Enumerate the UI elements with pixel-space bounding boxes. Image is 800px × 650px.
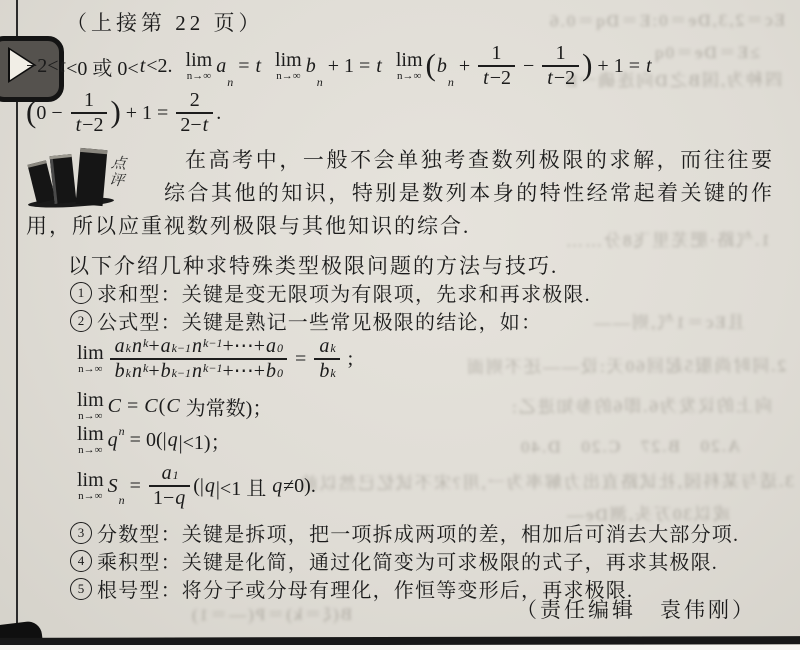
scan-edge-white	[0, 645, 800, 650]
ghost-bleedthrough-line: 3.适与某科园,社试路直出力解率为一,用?宋不试忆已然以前	[299, 467, 794, 495]
circled-number: 5	[70, 578, 92, 600]
scanned-textbook-page: Ec＝2,3,De＝0:E＝Dq＝0.6 ≥E＝De＝0q 四种为,国B之D向连…	[0, 0, 800, 650]
ghost-bleedthrough-line: 且Ec＝1气,则——	[592, 308, 745, 334]
commentary-paragraph: 点评 在高考中，一般不会单独考查数列极限的求解，而往往要综合其他的知识，特别是数…	[26, 144, 774, 243]
list-item-fraction-type: 3 分数型：关键是拆项，把一项拆成两项的差，相加后可消去大部分项.	[70, 518, 739, 547]
list-item-sum-type: 1 求和型：关键是变无限项为有限项，先求和再求极限.	[70, 278, 591, 307]
item-text: 乘积型：关键是化简，通过化简变为可求极限的式子，再求其极限.	[97, 546, 718, 575]
item-text: 公式型：关键是熟记一些常见极限的结论，如：	[97, 306, 542, 335]
ghost-bleedthrough-line: ≥E＝De＝0q	[653, 38, 760, 64]
list-item-product-type: 4 乘积型：关键是化简，通过化简变为可求极限的式子，再求其极限.	[70, 546, 718, 575]
ghost-bleedthrough-line: 向上的议发为6.即6的参知进乙:	[510, 391, 772, 417]
circled-number: 4	[70, 550, 92, 572]
continued-from-note: （上接第 22 页）	[66, 7, 264, 37]
formula-geometric-limit: limn→∞qn = 0(|q|<1)；	[74, 422, 231, 458]
book-spine	[76, 148, 108, 206]
formula-sum-limit: limn→∞Sn = a11−q(|q|<1 且 q≠0).	[74, 462, 316, 510]
formula-constant-limit: limn→∞C = C(C 为常数)；	[74, 388, 272, 424]
item-text: 分数型：关键是拆项，把一项拆成两项的差，相加后可消去大部分项.	[97, 518, 739, 547]
math-line-1: −2<t<0 或 0<t<2. limn→∞an = t limn→∞bn + …	[26, 40, 653, 92]
circled-number: 2	[70, 310, 92, 332]
intro-line: 以下介绍几种求特殊类型极限问题的方法与技巧.	[26, 250, 786, 280]
circled-number: 3	[70, 522, 92, 544]
ghost-bleedthrough-line: B(ξ＝k)＝P(—＝1)	[190, 600, 352, 626]
item-text: 求和型：关键是变无限项为有限项，先求和再求极限.	[97, 278, 591, 307]
math-line-2: (0 − 1t−2) + 1 = 22−t.	[26, 88, 221, 138]
books-icon: 点评	[26, 146, 158, 208]
editor-credit: （责任编辑 袁伟刚）	[516, 594, 756, 624]
formula-polynomial-limit: limn→∞aknk+ak−1nk−1+⋯+a0bknk+bk−1nk−1+⋯+…	[74, 334, 353, 384]
ghost-bleedthrough-line: Ec＝2,3,De＝0:E＝Dq＝0.6	[548, 5, 785, 31]
ghost-bleedthrough-line: A.20 B.27 C.20 D.40	[519, 431, 740, 457]
commentary-badge: 点评	[108, 155, 130, 191]
circled-number: 1	[70, 282, 92, 304]
list-item-formula-type: 2 公式型：关键是熟记一些常见极限的结论，如：	[70, 306, 542, 335]
ghost-bleedthrough-line: 2.同时尚服5起回60天:设——还不则面	[465, 351, 786, 378]
book-spine	[50, 154, 77, 204]
